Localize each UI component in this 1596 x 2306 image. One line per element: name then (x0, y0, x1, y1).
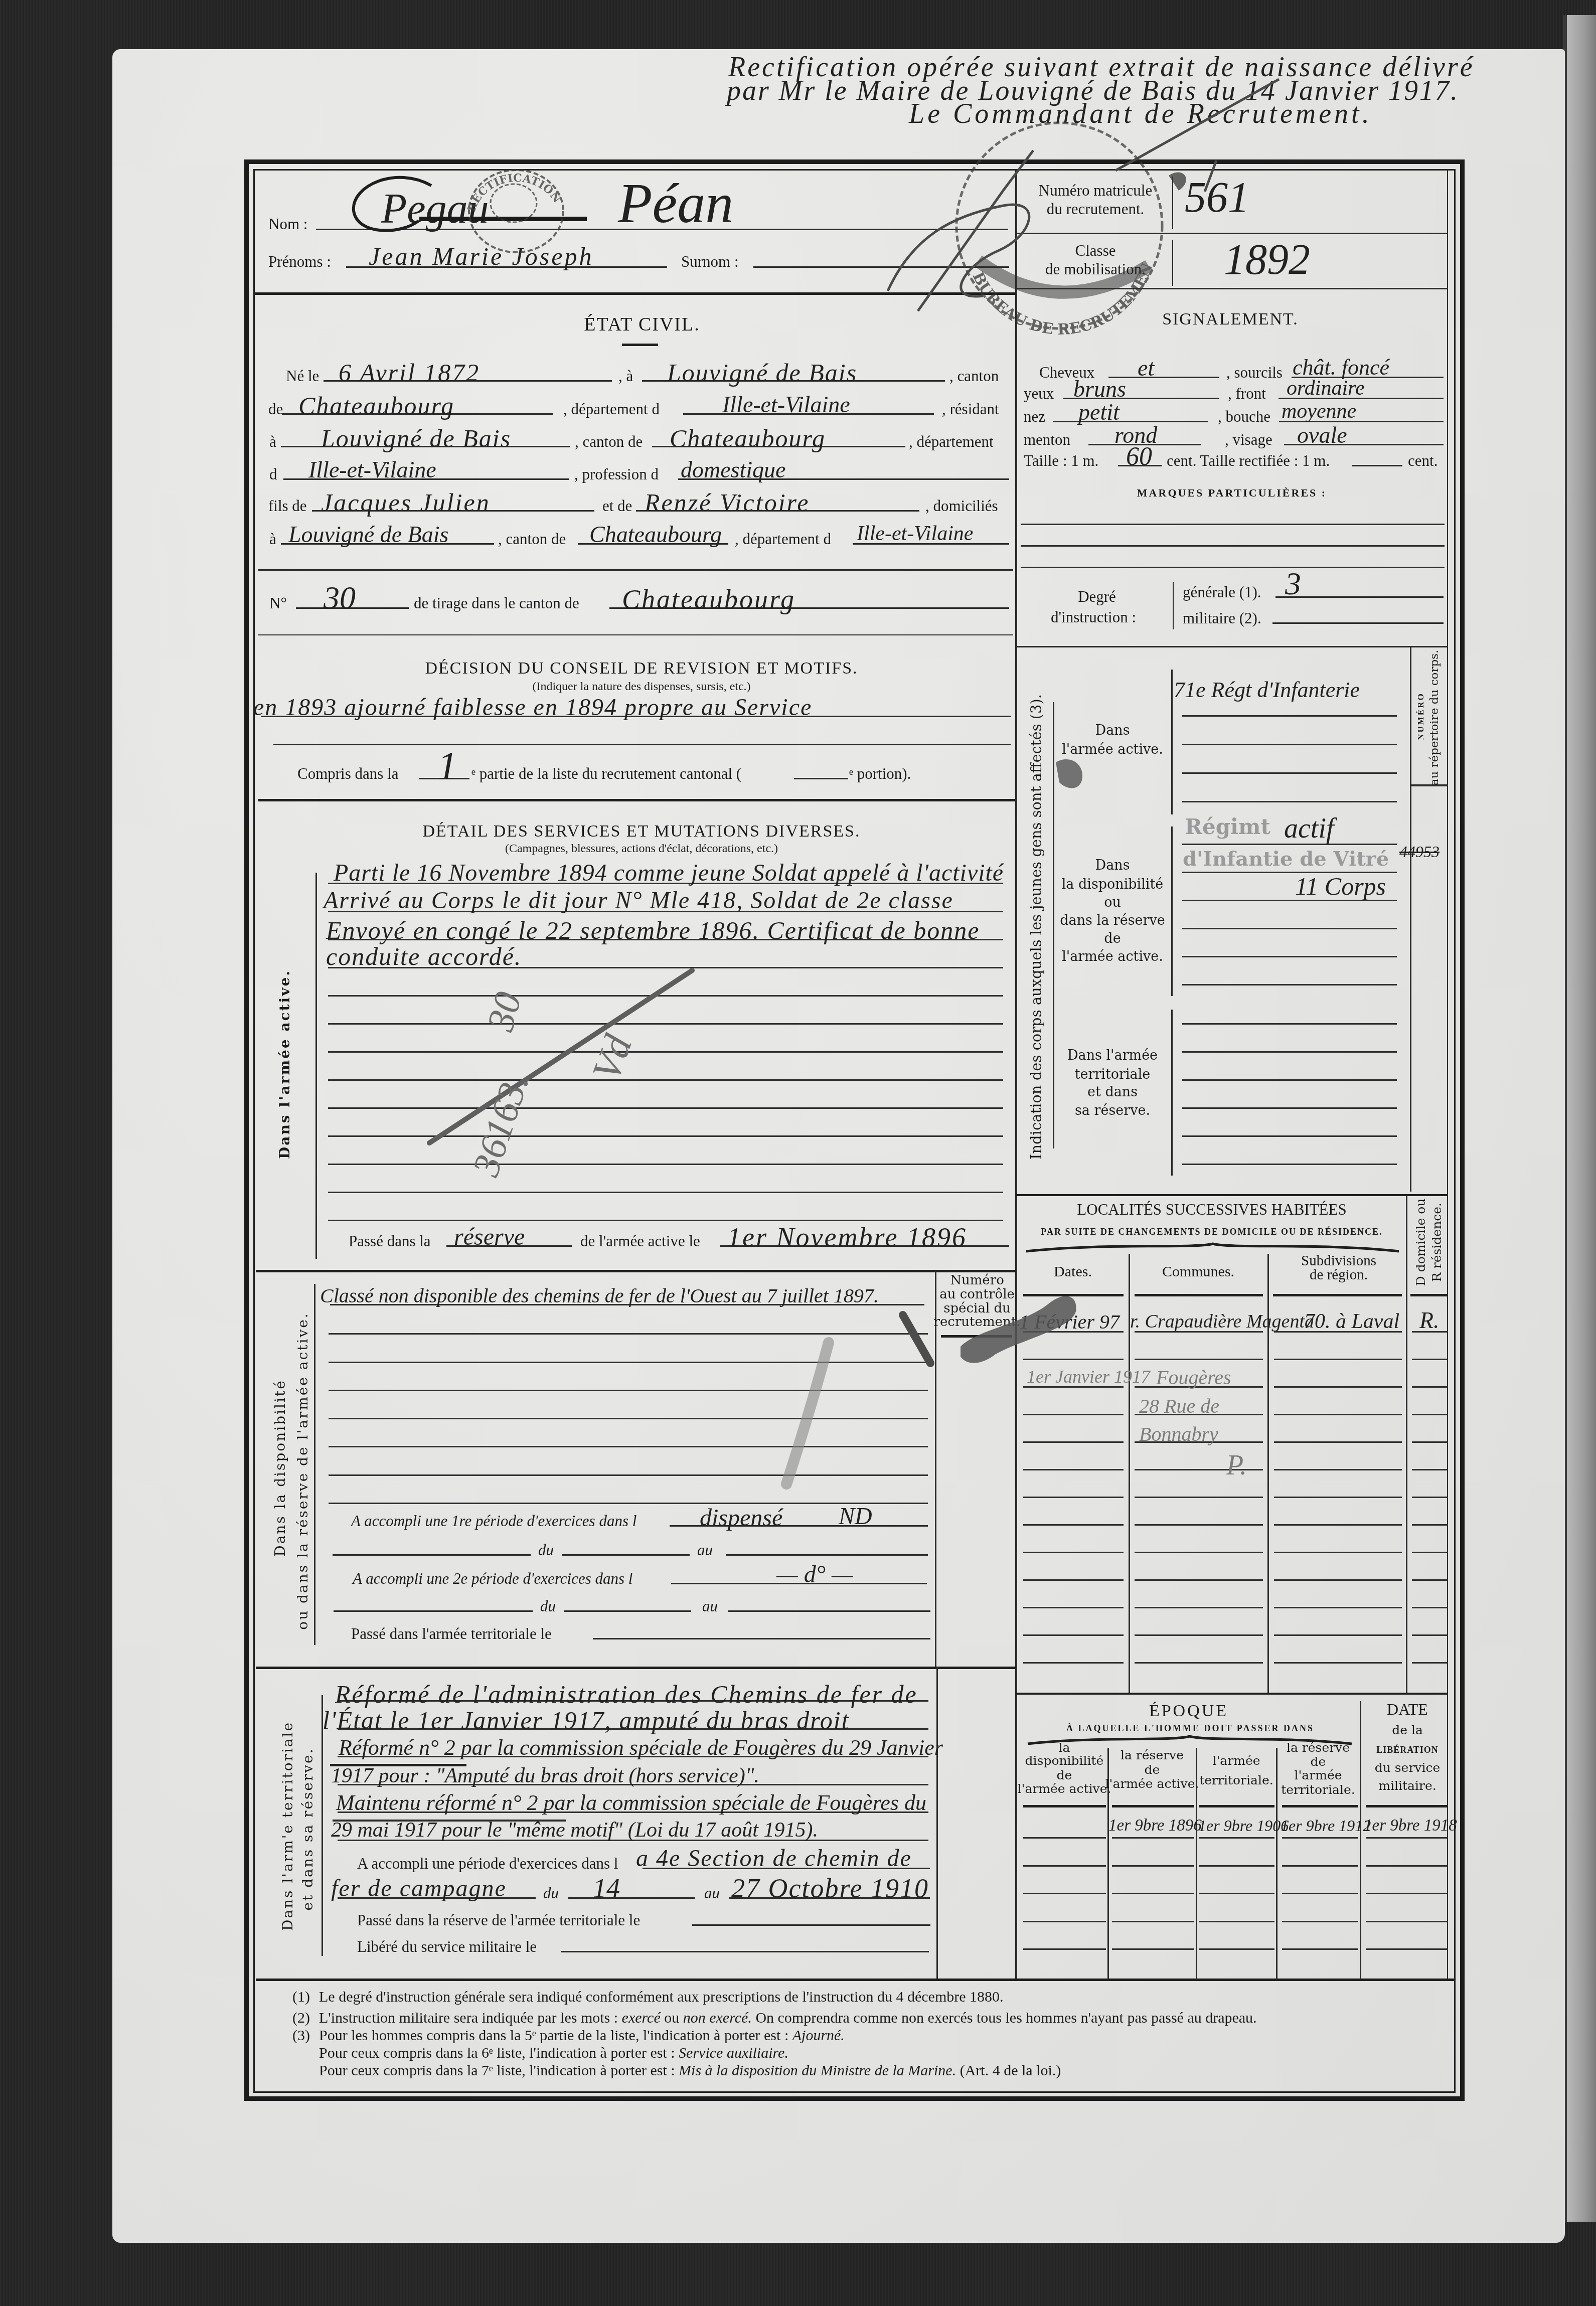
periode2-du-underline (564, 1610, 691, 1612)
controle-header-2: au contrôle (939, 1288, 1015, 1301)
corps-dispo-value-2: 11 Corps (1295, 874, 1386, 899)
epoque-col1-h1: la (1059, 1741, 1070, 1754)
taille-rectifiee-underline (1352, 465, 1402, 466)
services-line-3: Envoyé en congé le 22 septembre 1896. Ce… (326, 918, 980, 943)
epoque-col4-h2: de (1311, 1755, 1326, 1768)
periode1-value: dispensé (700, 1506, 782, 1530)
corps-terr-label-3: et dans (1087, 1085, 1138, 1099)
militaire-underline (1272, 622, 1444, 624)
localites-divider-3 (1406, 1195, 1407, 1693)
note-2-italic: non exercé. (683, 2010, 752, 2026)
reserve-label: Passé dans la réserve de l'armée territo… (357, 1912, 640, 1928)
parents-canton-value: Chateaubourg (589, 523, 722, 546)
epoque-date-divider (1360, 1701, 1361, 1980)
front-label: , front (1228, 386, 1266, 401)
corps-active-label-1: Dans (1095, 724, 1130, 737)
periode2-au-underline (728, 1610, 930, 1612)
matricule-divider (1016, 233, 1448, 234)
epoque-header-rule-1 (1023, 1805, 1106, 1807)
territoriale-passe-label: Passé dans l'armée territoriale le (351, 1626, 552, 1641)
date-naissance-value: 6 Avril 1872 (339, 360, 480, 385)
epoque-col2-h1: la réserve (1121, 1749, 1184, 1761)
col-dates-header: Dates. (1054, 1264, 1092, 1279)
controle-header-3: spécial du (943, 1302, 1011, 1315)
note-2-text: L'instruction militaire sera indiquée pa… (319, 2011, 1257, 2026)
nom-struck-value: Pegau (381, 188, 489, 230)
militaire-label: militaire (2). (1183, 610, 1261, 626)
epoque-subtitle: À LAQUELLE L'HOMME DOIT PASSER DANS (1066, 1724, 1314, 1733)
epoque-territoriale-value: 1er 9bre 1906 (1198, 1818, 1289, 1834)
regiment-stamp-line-1: Régimt (1185, 816, 1270, 838)
matricule-value: 561 (1185, 176, 1249, 219)
periode-au-value: 27 Octobre 1910 (731, 1875, 929, 1902)
periode-au-label: au (704, 1885, 720, 1901)
note-4-italic: Service auxiliaire. (679, 2045, 788, 2061)
nom-strikethrough (419, 217, 587, 221)
tirage-no-label: N° (269, 595, 287, 611)
services-subtitle: (Campagnes, blessures, actions d'éclat, … (505, 843, 778, 855)
parents-commune-value: Louvigné de Bais (288, 523, 448, 546)
note-1-number: (1) (292, 1990, 310, 2005)
epoque-col1-h2: disponibilité (1025, 1754, 1104, 1767)
parents-canton-label: , canton de (498, 531, 566, 547)
localite-initial: P. (1226, 1451, 1247, 1479)
prenoms-value: Jean Marie Joseph (369, 244, 593, 269)
corps-terr-label-2: territoriale (1075, 1068, 1151, 1081)
date-col-h5: militaire. (1378, 1779, 1436, 1792)
matricule-label-1: Numéro matricule (1039, 183, 1152, 198)
periode-du-value: 14 (593, 1875, 620, 1902)
corps-terr-label-4: sa réserve. (1075, 1104, 1150, 1117)
profession-label: , profession d (574, 466, 659, 482)
territoriale-column-divider (936, 1668, 938, 1980)
epoque-col4-h4: territoriale. (1281, 1783, 1355, 1796)
yeux-value: bruns (1073, 378, 1126, 401)
register-binding-edge (1563, 15, 1596, 2222)
localites-header-rule-3 (1273, 1294, 1402, 1296)
localite-dr: R. (1419, 1309, 1440, 1332)
residant-label: , résidant (942, 401, 999, 417)
epoque-header-rule-3 (1199, 1805, 1274, 1807)
yeux-label: yeux (1024, 386, 1054, 401)
residence-departement-value: Ille-et-Vilaine (308, 458, 436, 481)
disponibilite-bottom-rule (256, 1667, 1016, 1669)
nom-label: Nom : (268, 216, 307, 232)
numero-header-2: au répertoire du corps. (1429, 650, 1441, 786)
services-line-1: Parti le 16 Novembre 1894 comme jeune So… (334, 861, 1004, 885)
title-dash (622, 344, 658, 346)
territoriale-line-1: Réformé de l'administration des Chemins … (335, 1682, 918, 1707)
note-2-part: On comprendra comme non exercés tous les… (752, 2010, 1257, 2026)
parents-departement-label: , département d (735, 531, 831, 547)
sourcils-label: , sourcils (1226, 365, 1283, 380)
passe-label: Passé dans la (349, 1233, 431, 1249)
services-title: DÉTAIL DES SERVICES ET MUTATIONS DIVERSE… (423, 823, 861, 840)
bouche-value: moyenne (1282, 401, 1356, 422)
col-subdivisions-header-2: de région. (1310, 1268, 1368, 1282)
periode2-pre-line (334, 1610, 533, 1612)
epoque-col1-h3: de (1057, 1769, 1072, 1781)
date-col-h2: de la (1392, 1724, 1423, 1736)
localites-dates-lines (1023, 1305, 1124, 1664)
disponibilite-text: Classé non disponible des chemins de fer… (320, 1286, 879, 1306)
degre-label-1: Degré (1078, 589, 1116, 604)
generale-label: générale (1). (1183, 584, 1261, 600)
taille-rectifiee-label: cent. Taille rectifiée : 1 m. (1167, 453, 1330, 468)
territoriale-line-5: Maintenu réformé n° 2 par la commission … (336, 1792, 926, 1814)
signalement-title: SIGNALEMENT. (1162, 311, 1299, 328)
services-bracket (315, 873, 317, 1259)
corps-dispo-label-3: ou (1104, 896, 1121, 909)
parents-a-label: à (269, 531, 276, 547)
note-5-part: (Art. 4 de la loi.) (956, 2062, 1061, 2079)
nez-label: nez (1024, 409, 1045, 424)
classe-bracket (1172, 240, 1173, 286)
corps-dispo-value-1: actif (1284, 814, 1334, 843)
libere-label: Libéré du service militaire le (357, 1939, 537, 1954)
periode1-au-underline (726, 1554, 928, 1556)
territoriale-side-label-2: et dans sa réserve. (301, 1747, 315, 1910)
sourcils-value: chât. foncé (1293, 357, 1389, 379)
canton-naissance-value: Chateaubourg (298, 393, 454, 418)
corps-active-value: 71e Régt d'Infanterie (1174, 679, 1360, 701)
territoriale-bracket (322, 1695, 323, 1956)
surnom-underline (753, 266, 1009, 268)
controle-header-rule (941, 1335, 1012, 1338)
localite-commune: Fougères (1156, 1368, 1231, 1388)
epoque-col2-h2: de (1145, 1763, 1160, 1776)
departement-label: , département d (563, 401, 660, 417)
numero-column-divider (1410, 647, 1411, 1192)
partie-label: ᵉ partie de la liste du recrutement cant… (471, 766, 741, 781)
date-col-h4: du service (1375, 1761, 1441, 1774)
bouche-label: , bouche (1218, 409, 1270, 424)
corps-dispo-numero: 44953 (1399, 844, 1440, 860)
services-line-2: Arrivé au Corps le dit jour N° Mle 418, … (324, 889, 953, 913)
annotation-line-3: Le Commandant de Recrutement. (909, 100, 1372, 128)
corps-active-lines (1182, 688, 1397, 802)
periode1-du-underline (562, 1554, 690, 1556)
corps-bottom-rule (1016, 1194, 1448, 1196)
matricule-bracket (1172, 177, 1173, 229)
marques-lines (1021, 504, 1445, 568)
matricule-label-2: du recrutement. (1047, 201, 1145, 217)
classe-label-2: de mobilisation. (1045, 261, 1146, 277)
fils-de-label: fils de (268, 498, 307, 514)
passe-value: réserve (454, 1225, 525, 1249)
disponibilite-bracket (314, 1284, 315, 1645)
tirage-canton-value: Chateaubourg (622, 586, 795, 613)
localite-subdivision: 70. à Laval (1304, 1311, 1399, 1332)
periode1-label: A accompli une 1re période d'exercices d… (351, 1513, 636, 1529)
marques-title: MARQUES PARTICULIÈRES : (1137, 487, 1327, 499)
localites-bottom-rule (1016, 1693, 1448, 1695)
note-2-part: ou (661, 2010, 683, 2026)
epoque-reserve-territoriale-value: 1er 9bre 1912 (1281, 1818, 1371, 1834)
col-dr-header-1: D domicile ou (1414, 1199, 1427, 1286)
periode-label: A accompli une période d'exercices dans … (357, 1856, 618, 1871)
lieu-naissance-value: Louvigné de Bais (667, 360, 857, 385)
territoriale-passe-underline (593, 1638, 930, 1639)
periode2-value: — d° — (776, 1563, 853, 1587)
classe-label-1: Classe (1075, 243, 1116, 258)
epoque-header-rule-5 (1366, 1805, 1448, 1807)
corps-dispo-label-4: dans la réserve (1060, 914, 1165, 927)
localites-subdiv-lines (1274, 1305, 1402, 1664)
et-de-label: et de (602, 498, 632, 514)
controle-header-1: Numéro (950, 1274, 1004, 1287)
disponibilite-side-label-1: Dans la disponibilité (273, 1379, 287, 1557)
cheveux-value: et (1138, 357, 1154, 380)
portion-label: ᵉ portion). (849, 766, 911, 781)
tirage-no-value: 30 (324, 582, 356, 614)
decision-text: en 1893 ajourné faiblesse en 1894 propre… (253, 696, 812, 720)
corps-bracket (1053, 702, 1054, 1148)
periode-value-2: fer de campagne (331, 1877, 507, 1901)
note-3-number: (3) (292, 2028, 310, 2043)
domicilies-label: , domiciliés (925, 498, 998, 514)
compris-label: Compris dans la (297, 766, 399, 781)
periode-value-1: a 4e Section de chemin de (636, 1847, 912, 1871)
canton-label: , canton (949, 368, 999, 384)
parents-departement-value: Ille-et-Vilaine (857, 523, 973, 544)
header-divider (254, 292, 1016, 295)
epoque-reserve-active-value: 1er 9bre 1896 (1108, 1818, 1202, 1834)
epoque-col3-h2: territoriale. (1199, 1774, 1273, 1786)
residence-value: Louvigné de Bais (321, 426, 511, 451)
portion-underline (794, 778, 848, 779)
degre-brace (1173, 582, 1174, 629)
territoriale-line-2: l'État le 1er Janvier 1917, amputé du br… (323, 1708, 850, 1733)
date-col-h3: LIBÉRATION (1376, 1745, 1439, 1754)
right-inner-rule (1447, 170, 1448, 1980)
territoriale-line-6: 29 mai 1917 pour le "même motif" (Loi du… (331, 1820, 818, 1841)
departement-naissance-value: Ille-et-Vilaine (722, 393, 850, 416)
classe-value: 1892 (1224, 238, 1310, 281)
epoque-col4-h3: l'armée (1294, 1769, 1342, 1781)
note-3-italic: Ajourné. (792, 2027, 845, 2044)
note-1-text: Le degré d'instruction générale sera ind… (319, 1990, 1004, 2005)
note-2-number: (2) (292, 2011, 310, 2026)
corps-dispo-label-2: la disponibilité (1062, 878, 1164, 891)
note-5-italic: Mis à la disposition du Ministre de la M… (679, 2062, 956, 2079)
epoque-col3-h1: l'armée (1212, 1754, 1260, 1767)
note-4-part: Pour ceux compris dans la 6ᵉ liste, l'in… (319, 2045, 679, 2061)
corps-dispo-label-5: de (1104, 932, 1121, 945)
degre-label-2: d'instruction : (1051, 609, 1136, 625)
corps-dispo-brace (1171, 827, 1173, 996)
ne-le-label: Né le (286, 368, 319, 384)
epoque-col2-h3: l'armée active. (1105, 1777, 1199, 1790)
de-label: de (268, 401, 283, 417)
localite-date: 1 Février 97 (1019, 1312, 1120, 1332)
decision-title: DÉCISION DU CONSEIL DE REVISION ET MOTIF… (425, 660, 858, 677)
epoque-col1-lines (1023, 1811, 1106, 1950)
periode-du-label: du (543, 1885, 559, 1901)
note-4-text: Pour ceux compris dans la 6ᵉ liste, l'in… (319, 2046, 788, 2061)
periode2-label: A accompli une 2e période d'exercices da… (353, 1571, 632, 1586)
mere-value: Renzé Victoire (645, 490, 810, 515)
residence-a-label: à (269, 434, 276, 449)
localites-header-rule-1 (1023, 1294, 1124, 1296)
residence-d-label: d (269, 466, 277, 482)
surnom-label: Surnom : (681, 254, 739, 269)
note-3-part: Pour les hommes compris dans la 5ᵉ parti… (319, 2027, 792, 2044)
column-divider (1015, 170, 1017, 1980)
reserve-underline (692, 1924, 930, 1926)
note-3-text: Pour les hommes compris dans la 5ᵉ parti… (319, 2028, 845, 2043)
note-5-part: Pour ceux compris dans la 7ᵉ liste, l'in… (319, 2062, 679, 2079)
residence-canton-label: , canton de (575, 434, 643, 449)
blank-row-line (258, 569, 1013, 571)
localites-title: LOCALITÉS SUCCESSIVES HABITÉES (1077, 1202, 1346, 1217)
corps-dispo-label-1: Dans (1095, 859, 1130, 872)
cent-label: cent. (1408, 453, 1438, 468)
note-2-italic: exercé (622, 2010, 661, 2026)
disponibilite-ruled-lines (329, 1306, 928, 1504)
regiment-stamp-line-2: d'Infantie de Vitré (1183, 849, 1389, 869)
date-col-h1: DATE (1387, 1701, 1428, 1717)
note-5-text: Pour ceux compris dans la 7ᵉ liste, l'in… (319, 2063, 1061, 2078)
generale-value: 3 (1285, 568, 1301, 600)
epoque-header-rule-2 (1112, 1805, 1194, 1807)
controle-column-divider (935, 1271, 936, 1668)
front-value: ordinaire (1287, 378, 1365, 399)
territoriale-line-4: 1917 pour : "Amputé du bras droit (hors … (331, 1765, 759, 1786)
periode1-du-label: du (538, 1542, 554, 1558)
periode1-note: ND (839, 1505, 872, 1529)
corps-terr-label-1: Dans l'armée (1067, 1049, 1158, 1062)
libere-underline (561, 1951, 929, 1952)
decision-subtitle: (Indiquer la nature des dispenses, sursi… (532, 681, 750, 693)
localites-dr-lines (1412, 1305, 1447, 1664)
periode2-au-label: au (702, 1598, 718, 1614)
liberation-date-value: 1er 9bre 1918 (1364, 1818, 1457, 1834)
periode2-du-label: du (540, 1598, 556, 1614)
nom-value: Péan (618, 176, 733, 232)
epoque-divider-3 (1276, 1748, 1278, 1980)
disponibilite-side-label-2: ou dans la réserve de l'armée active. (296, 1312, 310, 1629)
nez-value: petit (1078, 401, 1120, 424)
col-communes-header: Communes. (1162, 1264, 1234, 1279)
classe-divider (1016, 288, 1448, 289)
residence-departement-label: , département (909, 434, 994, 449)
col-subdivisions-header-1: Subdivisions (1301, 1254, 1376, 1268)
localites-subtitle: PAR SUITE DE CHANGEMENTS DE DOMICILE OU … (1041, 1227, 1382, 1236)
localite-commune-line-3: Bonnabry (1139, 1424, 1218, 1444)
corps-terr-lines (1182, 997, 1397, 1165)
corps-dispo-label-6: l'armée active. (1062, 950, 1163, 963)
passe-date-value: 1er Novembre 1896 (727, 1224, 967, 1251)
residence-canton-value: Chateaubourg (670, 426, 826, 451)
corps-active-brace (1171, 670, 1173, 814)
a-label: , à (618, 368, 633, 384)
tirage-label: de tirage dans le canton de (414, 595, 579, 611)
note-2-part: L'instruction militaire sera indiquée pa… (319, 2010, 622, 2026)
territoriale-line-3: Réformé n° 2 par la commission spéciale … (339, 1737, 943, 1759)
localites-communes-lines (1135, 1305, 1263, 1664)
periode1-au-label: au (697, 1542, 713, 1558)
taille-value: 60 (1126, 444, 1152, 470)
numero-header-1: NUMÉRO (1416, 692, 1425, 740)
signalement-bottom-rule (1016, 646, 1448, 647)
corps-active-label-2: l'armée active. (1062, 743, 1163, 756)
localite-commune-line-2: 28 Rue de (1139, 1396, 1219, 1416)
corps-side-label: Indication des corps auxquels les jeunes… (1029, 694, 1044, 1160)
menton-label: menton (1024, 432, 1070, 447)
localites-header-rule-2 (1135, 1294, 1263, 1296)
etat-civil-title: ÉTAT CIVIL. (584, 315, 700, 334)
periode-du-underline (568, 1897, 695, 1899)
localite-date: 1er Janvier 1917 (1027, 1368, 1150, 1386)
decision-bottom-rule (258, 799, 1015, 801)
visage-value: ovale (1297, 424, 1347, 447)
etat-civil-bottom-line (258, 634, 1013, 635)
localite-commune: r. Crapaudière Magenta (1130, 1312, 1314, 1331)
pere-value: Jacques Julien (321, 490, 491, 515)
services-bottom-rule (256, 1270, 1016, 1272)
controle-header-4: recrutement. (934, 1315, 1021, 1329)
localites-header-rule-4 (1410, 1294, 1448, 1296)
decision-line-2 (273, 744, 1011, 745)
epoque-title: ÉPOQUE (1149, 1703, 1228, 1720)
armee-active-label: de l'armée active le (580, 1233, 700, 1249)
taille-label: Taille : 1 m. (1024, 453, 1098, 468)
partie-value: 1 (437, 746, 457, 786)
territoriale-side-label-1: Dans l'arm'e territoriale (281, 1721, 295, 1931)
services-side-label: Dans l'armée active. (278, 969, 292, 1159)
periode1-pre-line (333, 1554, 531, 1556)
epoque-col1-h4: l'armée active. (1018, 1782, 1111, 1795)
corps-terr-brace (1171, 1010, 1173, 1176)
epoque-col4-h1: la réserve (1287, 1741, 1350, 1754)
visage-label: , visage (1225, 432, 1272, 447)
services-line-4: conduite accordé. (326, 944, 522, 969)
epoque-header-rule-4 (1282, 1805, 1358, 1807)
prenoms-label: Prénoms : (268, 254, 331, 269)
profession-value: domestique (681, 458, 786, 481)
col-dr-header-2: R résidence. (1430, 1203, 1443, 1282)
